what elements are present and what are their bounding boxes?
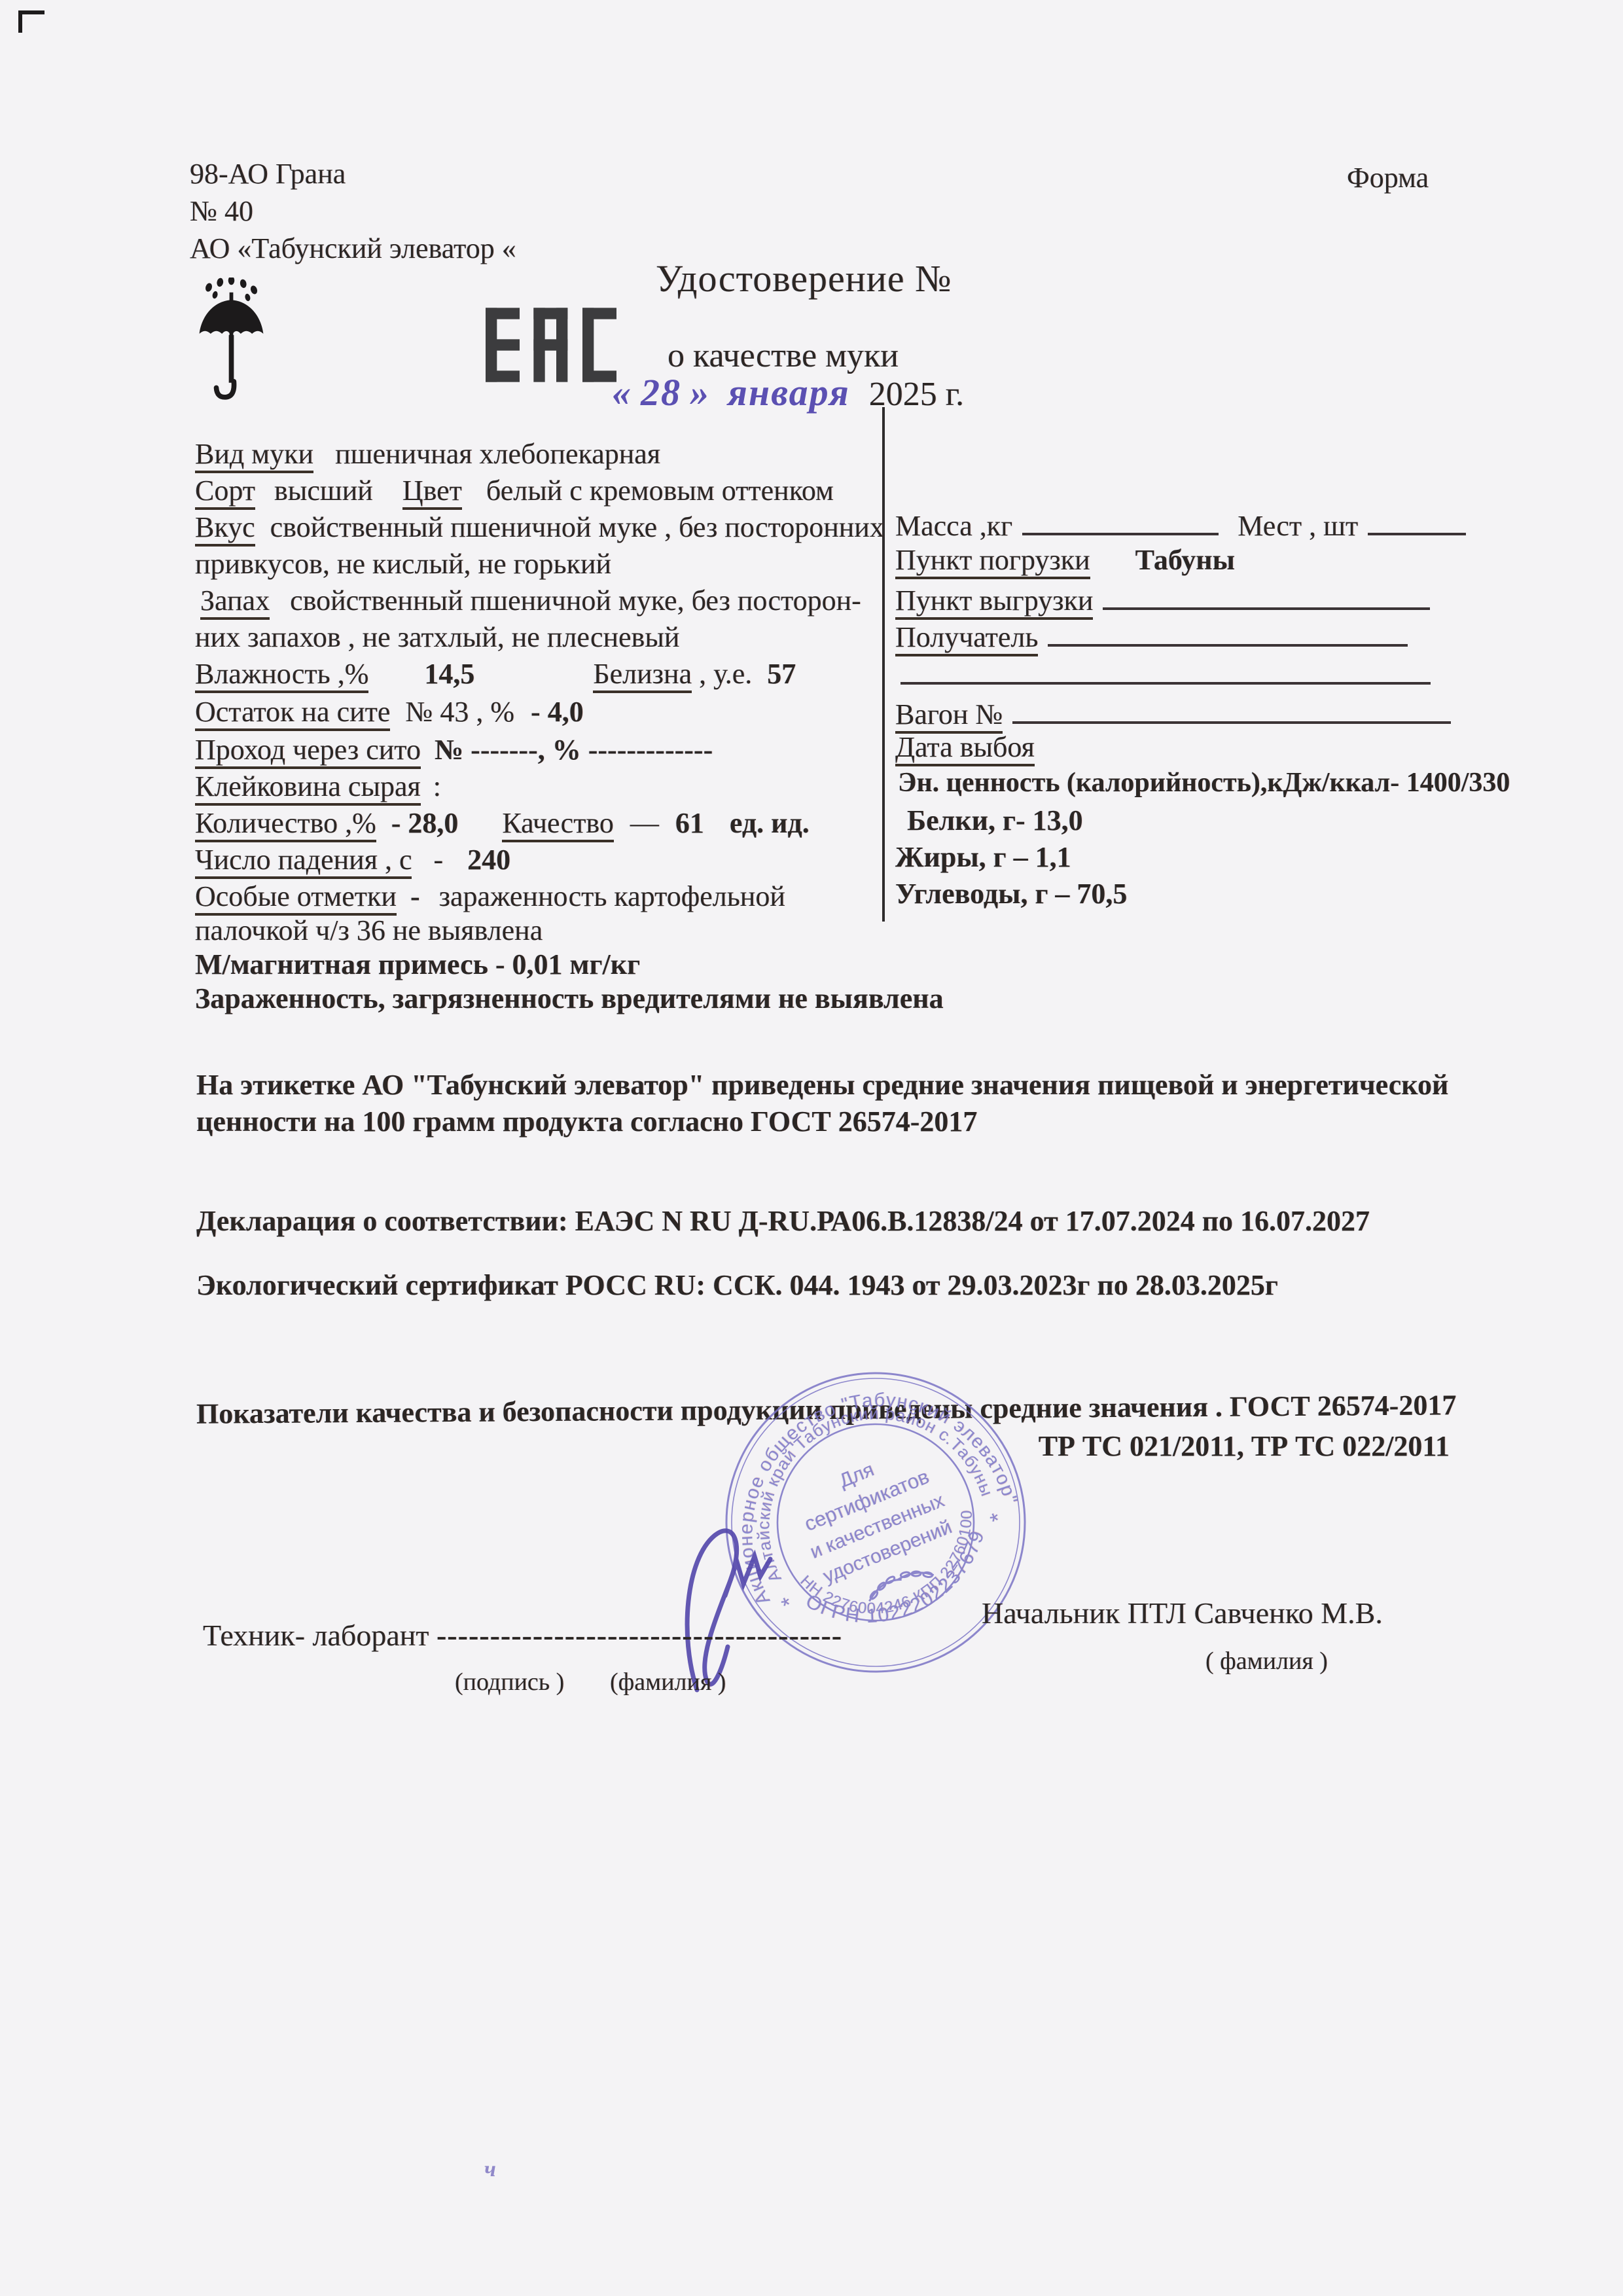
- field-label: Масса ,кг: [895, 510, 1012, 542]
- blank-fill-line: [1012, 694, 1451, 724]
- field-label: Особые отметки: [195, 880, 397, 916]
- field-label: Получатель: [895, 621, 1038, 656]
- field-rest: № -------, % -------------: [435, 734, 713, 766]
- field-value: - 28,0: [391, 807, 459, 839]
- field-value: 61: [675, 807, 704, 839]
- field-value: - 4,0: [531, 696, 584, 728]
- smell-line: Запах свойственный пшеничной муке, без п…: [200, 584, 861, 618]
- field-label: Вкус: [195, 511, 255, 547]
- keep-dry-umbrella-icon: [194, 278, 269, 408]
- field-value: Табуны: [1135, 544, 1235, 576]
- field-label: Остаток на сите: [195, 696, 390, 731]
- field-label: Влажность ,%: [195, 658, 368, 693]
- field-value: зараженность картофельной: [439, 880, 785, 912]
- field-label: Запах: [200, 584, 270, 620]
- field-rest: № 43 , %: [405, 696, 514, 728]
- handwritten-month: января: [728, 371, 850, 414]
- field-label: Число падения , с: [195, 844, 412, 879]
- moisture-whiteness-line: Влажность ,% 14,5 Белизна , у.е. 57: [195, 657, 796, 691]
- grade-color-line: Сорт высший Цвет белый с кремовым оттенк…: [195, 474, 834, 508]
- date-line: « 28 » января 2025 г.: [612, 370, 964, 414]
- consignee-line: Получатель: [895, 617, 1410, 655]
- energy-value-line: Эн. ценность (калорийность),кДж/ккал- 14…: [898, 767, 1510, 798]
- flour-type-line: Вид муки пшеничная хлебопекарная: [195, 437, 660, 471]
- field-label: Количество ,%: [195, 807, 376, 842]
- blank-fill-line: [901, 655, 1431, 685]
- field-colon: :: [433, 770, 441, 802]
- field-dash: -: [433, 844, 443, 876]
- stray-ink-mark: ч: [484, 2157, 497, 2182]
- field-label: Проход через сито: [195, 734, 421, 769]
- eco-certificate-line: Экологический сертификат РОСС RU: ССК. 0…: [196, 1268, 1278, 1302]
- field-value: пшеничная хлебопекарная: [335, 438, 660, 470]
- field-label: Пункт выгрузки: [895, 584, 1093, 620]
- blank-fill-line: [1022, 505, 1219, 535]
- quantity-quality-line: Количество ,% - 28,0 Качество — 61 ед. и…: [195, 806, 810, 840]
- carbs-line: Углеводы, г – 70,5: [895, 877, 1127, 911]
- eac-mark-icon: [486, 287, 616, 406]
- form-label: Форма: [1347, 161, 1429, 195]
- chief-line: Начальник ПТЛ Савченко М.В.: [982, 1596, 1383, 1630]
- quote-open: «: [612, 371, 632, 414]
- gluten-line: Клейковина сырая :: [195, 770, 441, 804]
- field-label: Мест , шт: [1238, 510, 1358, 542]
- field-value: высший: [274, 475, 373, 507]
- field-value: свойственный пшеничной муке , без постор…: [270, 511, 884, 543]
- field-label: Вагон №: [895, 698, 1003, 734]
- field-label: Цвет: [402, 475, 462, 510]
- special-marks-line-2: палочкой ч/з 36 не выявлена: [195, 914, 543, 948]
- label-note-line-2: ценности на 100 грамм продукта согласно …: [196, 1105, 977, 1139]
- field-units: , у.е.: [699, 658, 752, 690]
- loading-point-line: Пункт погрузки Табуны: [895, 543, 1235, 577]
- protein-line: Белки, г- 13,0: [907, 804, 1083, 838]
- header-code: 98-АО Грана: [190, 157, 346, 191]
- technician-label: Техник- лаборант: [203, 1619, 429, 1652]
- field-label: Белизна: [593, 658, 692, 693]
- document-page: 98-АО Грана № 40 АО «Табунский элеватор …: [0, 0, 1623, 2296]
- chief-surname-caption: ( фамилия ): [1205, 1647, 1328, 1676]
- field-label: Качество: [502, 807, 614, 842]
- blank-fill-line: [1048, 617, 1408, 647]
- field-dash: -: [410, 880, 420, 912]
- field-value: 14,5: [424, 658, 474, 690]
- field-label: Дата выбоя: [895, 731, 1035, 766]
- mass-places-line: Масса ,кг Мест , шт: [895, 505, 1469, 543]
- fat-line: Жиры, г – 1,1: [895, 840, 1071, 874]
- field-label: Клейковина сырая: [195, 770, 421, 806]
- column-divider: [882, 407, 885, 922]
- field-label: Пункт погрузки: [895, 544, 1090, 579]
- blank-fill-line: [1103, 580, 1430, 610]
- field-dash: —: [630, 807, 659, 839]
- handwritten-day: 28: [641, 371, 681, 414]
- sieve-residue-line: Остаток на сите № 43 , % - 4,0: [195, 695, 584, 729]
- field-units: ед. ид.: [730, 807, 810, 839]
- label-note-line-1: На этикетке АО "Табунский элеватор" прив…: [196, 1068, 1448, 1102]
- unloading-point-line: Пункт выгрузки: [895, 580, 1433, 618]
- header-org: АО «Табунский элеватор «: [190, 232, 516, 266]
- blank-line: [898, 655, 1433, 692]
- declaration-line: Декларация о соответствии: ЕАЭС N RU Д-R…: [196, 1204, 1370, 1238]
- taste-line: Вкус свойственный пшеничной муке , без п…: [195, 511, 884, 545]
- document-subtitle: о качестве муки: [668, 336, 899, 375]
- technician-line: Техник- лаборант -----------------------…: [203, 1618, 842, 1653]
- scan-corner-mark: [18, 10, 22, 33]
- signature-dashed-line: --------------------------------------: [437, 1619, 842, 1652]
- document-title: Удостоверение №: [656, 257, 952, 300]
- quote-close: »: [690, 371, 710, 414]
- field-label: Вид муки: [195, 438, 313, 473]
- falling-number-line: Число падения , с - 240: [195, 843, 510, 877]
- smell-line-2: них запахов , не затхлый, не плесневый: [195, 620, 679, 655]
- field-value: свойственный пшеничной муке, без посторо…: [290, 584, 861, 617]
- field-value: 57: [767, 658, 796, 690]
- stamp-star-right: *: [987, 1508, 1005, 1534]
- sieve-pass-line: Проход через сито № -------, % ---------…: [195, 733, 713, 767]
- infestation-line: Зараженность, загрязненность вредителями…: [195, 982, 944, 1016]
- milling-date-line: Дата выбоя: [895, 730, 1035, 764]
- field-label: Сорт: [195, 475, 255, 510]
- taste-line-2: привкусов, не кислый, не горький: [195, 547, 611, 581]
- magnetic-impurity-line: М/магнитная примесь - 0,01 мг/кг: [195, 948, 640, 982]
- scan-corner-mark: [18, 10, 45, 14]
- special-marks-line: Особые отметки - зараженность картофельн…: [195, 880, 785, 914]
- blank-fill-line: [1368, 505, 1466, 535]
- field-value: белый с кремовым оттенком: [486, 475, 834, 507]
- field-value: 240: [467, 844, 510, 876]
- header-number: № 40: [190, 194, 253, 228]
- wagon-line: Вагон №: [895, 694, 1454, 732]
- signature-caption: (подпись ): [455, 1668, 564, 1696]
- surname-caption: (фамилия ): [610, 1668, 726, 1696]
